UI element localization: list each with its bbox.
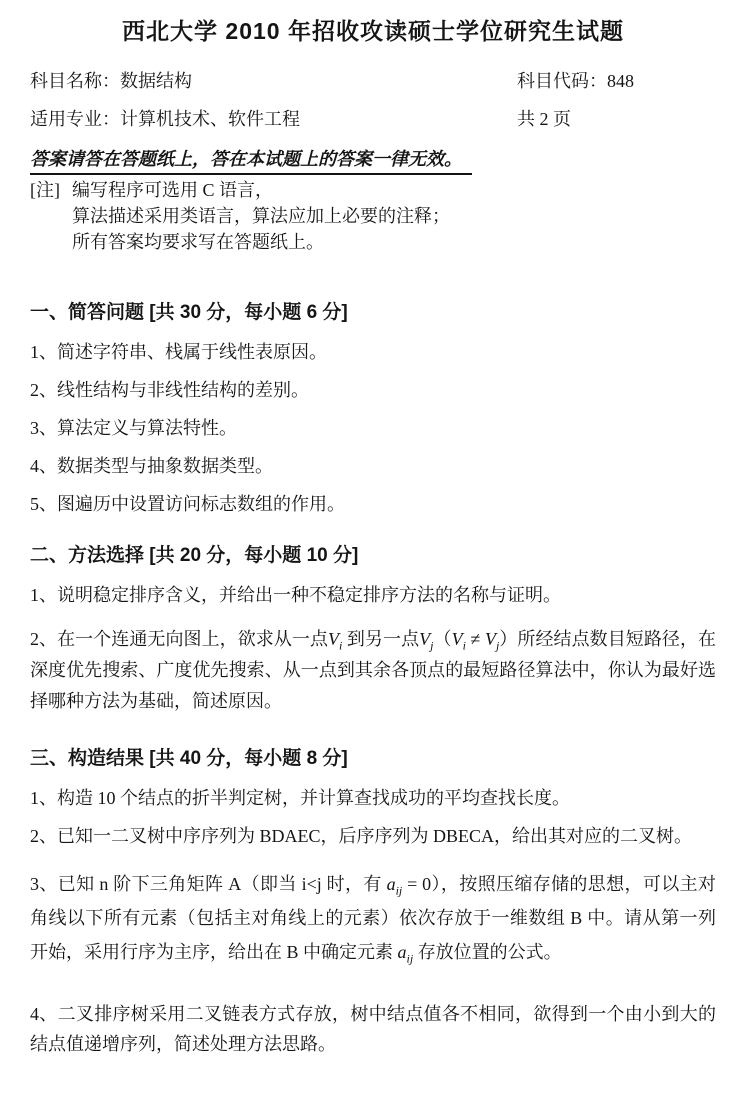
section-3: 三、构造结果 [共 40 分，每小题 8 分] 1、构造 10 个结点的折半判定… <box>30 745 716 1059</box>
section-2: 二、方法选择 [共 20 分，每小题 10 分] 1、说明稳定排序含义，并给出一… <box>30 542 716 717</box>
subject-name-label: 科目名称： <box>30 71 120 91</box>
section-3-question-3: 3、已知 n 阶下三角矩阵 A（即当 i<j 时，有 aij = 0），按照压缩… <box>30 867 716 969</box>
section-1-question-3: 3、算法定义与算法特性。 <box>30 415 716 441</box>
note-lines: 编写程序可选用 C 语言， 算法描述采用类语言，算法应加上必要的注释； 所有答案… <box>72 177 716 255</box>
note-line-1: 编写程序可选用 C 语言， <box>72 177 716 203</box>
meta-row-subject: 科目名称：数据结构 科目代码：848 <box>30 68 716 94</box>
section-3-question-1: 1、构造 10 个结点的折半判定树，并计算查找成功的平均查找长度。 <box>30 785 716 811</box>
section-1-question-1: 1、简述字符串、栈属于线性表原因。 <box>30 339 716 365</box>
major: 适用专业：计算机技术、软件工程 <box>30 106 517 132</box>
exam-title: 西北大学 2010 年招收攻读硕士学位研究生试题 <box>30 16 716 46</box>
note-line-2: 算法描述采用类语言，算法应加上必要的注释； <box>72 203 716 229</box>
subject-name: 科目名称：数据结构 <box>30 68 517 94</box>
section-1-question-2: 2、线性结构与非线性结构的差别。 <box>30 377 716 403</box>
answer-notice-text: 答案请答在答题纸上，答在本试题上的答案一律无效。 <box>30 146 472 175</box>
note-label: [注] <box>30 177 72 255</box>
meta-row-major: 适用专业：计算机技术、软件工程 共 2 页 <box>30 106 716 132</box>
section-2-question-1: 1、说明稳定排序含义，并给出一种不稳定排序方法的名称与证明。 <box>30 582 716 608</box>
subject-name-value: 数据结构 <box>120 71 192 91</box>
subject-code-value: 848 <box>607 71 634 91</box>
subject-code: 科目代码：848 <box>517 68 716 94</box>
note-line-3: 所有答案均要求写在答题纸上。 <box>72 229 716 255</box>
section-2-question-2: 2、在一个连通无向图上，欲求从一点Vi 到另一点Vj（Vi ≠ Vj）所经结点数… <box>30 624 716 717</box>
section-3-question-2: 2、已知一二叉树中序序列为 BDAEC，后序序列为 DBECA，给出其对应的二叉… <box>30 823 716 849</box>
exam-page: 西北大学 2010 年招收攻读硕士学位研究生试题 科目名称：数据结构 科目代码：… <box>0 0 744 1100</box>
section-1: 一、简答问题 [共 30 分，每小题 6 分] 1、简述字符串、栈属于线性表原因… <box>30 299 716 517</box>
section-3-heading: 三、构造结果 [共 40 分，每小题 8 分] <box>30 745 716 773</box>
answer-notice: 答案请答在答题纸上，答在本试题上的答案一律无效。 <box>30 146 716 175</box>
exam-note: [注] 编写程序可选用 C 语言， 算法描述采用类语言，算法应加上必要的注释； … <box>30 177 716 255</box>
section-3-question-4: 4、二叉排序树采用二叉链表方式存放，树中结点值各不相同，欲得到一个由小到大的结点… <box>30 999 716 1059</box>
major-label: 适用专业： <box>30 109 120 129</box>
major-value: 计算机技术、软件工程 <box>120 109 300 129</box>
section-1-question-5: 5、图遍历中设置访问标志数组的作用。 <box>30 491 716 517</box>
subject-code-label: 科目代码： <box>517 71 607 91</box>
section-1-heading: 一、简答问题 [共 30 分，每小题 6 分] <box>30 299 716 327</box>
page-count: 共 2 页 <box>517 106 716 132</box>
section-2-heading: 二、方法选择 [共 20 分，每小题 10 分] <box>30 542 716 570</box>
section-1-question-4: 4、数据类型与抽象数据类型。 <box>30 453 716 479</box>
